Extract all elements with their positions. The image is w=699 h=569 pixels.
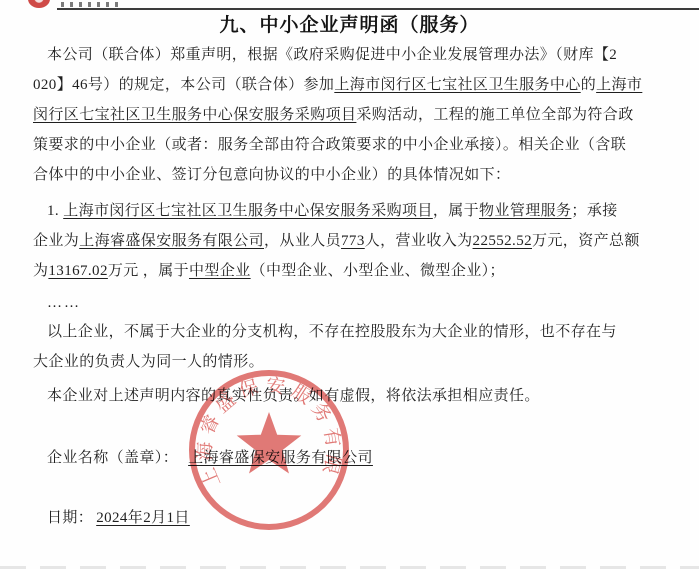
- underlined-text: 22552.52: [473, 233, 532, 249]
- text-line: 合体中的中小企业、签订分包意向协议的中小企业）的具体情况如下：: [33, 160, 683, 190]
- page-title: 九、中小企业声明函（服务）: [0, 10, 699, 37]
- text-segment: 本公司（联合体）郑重声明，根据《政府采购促进中小企业发展管理办法》（财库【2: [47, 47, 617, 63]
- text-segment: 合体中的中小企业、签订分包意向协议的中小企业）的具体情况如下：: [33, 167, 510, 183]
- text-segment: 020】46号）的规定，本公司（联合体）参加: [33, 77, 334, 93]
- cut-off-text-fragment: [61, 2, 121, 7]
- underlined-text: 上海市: [596, 77, 642, 93]
- text-segment: 万元，资产总额: [532, 233, 640, 249]
- text-segment: 采购活动，工程的施工单位全部为符合政: [356, 107, 633, 123]
- document-page: 九、中小企业声明函（服务） 本公司（联合体）郑重声明，根据《政府采购促进中小企业…: [0, 0, 699, 569]
- text-segment: （中型企业、小型企业、微型企业）；: [251, 263, 505, 279]
- document-body: 本公司（联合体）郑重声明，根据《政府采购促进中小企业发展管理办法》（财库【202…: [33, 40, 683, 533]
- underlined-text: 2024年2月1日: [96, 510, 190, 526]
- text-segment: 的: [581, 77, 596, 93]
- text-segment: 大企业的负责人为同一人的情形。: [33, 354, 264, 370]
- underlined-text: 上海市闵行区七宝社区卫生服务中心保安服务采购项目: [63, 203, 433, 219]
- text-segment: 企业为: [33, 233, 79, 249]
- text-line: 020】46号）的规定，本公司（联合体）参加上海市闵行区七宝社区卫生服务中心的上…: [33, 70, 683, 100]
- underlined-text: 中型企业: [189, 263, 251, 279]
- text-segment: 本企业对上述声明内容的真实性负责。如有虚假，将依法承担相应责任。: [47, 388, 540, 404]
- text-line: 为13167.02万元 ，属于中型企业（中型企业、小型企业、微型企业）；: [33, 256, 683, 286]
- text-segment: ……: [47, 295, 81, 311]
- text-line: 闵行区七宝社区卫生服务中心保安服务采购项目采购活动，工程的施工单位全部为符合政: [33, 100, 683, 130]
- text-segment: 1.: [47, 203, 63, 219]
- text-line: ……: [33, 293, 683, 317]
- text-segment: 人，营业收入为: [365, 233, 473, 249]
- text-line: 企业为上海睿盛保安服务有限公司，从业人员773人，营业收入为22552.52万元…: [33, 226, 683, 256]
- text-segment: 策要求的中小企业（或者：服务全部由符合政策要求的中小企业承接）。相关企业（含联: [33, 137, 626, 153]
- text-line: 1. 上海市闵行区七宝社区卫生服务中心保安服务采购项目，属于物业管理服务；承接: [33, 196, 683, 226]
- underlined-text: 物业管理服务: [479, 203, 571, 219]
- text-segment: ，属于: [433, 203, 479, 219]
- text-line: 策要求的中小企业（或者：服务全部由符合政策要求的中小企业承接）。相关企业（含联: [33, 130, 683, 160]
- text-segment: 为: [33, 263, 48, 279]
- text-line: 本公司（联合体）郑重声明，根据《政府采购促进中小企业发展管理办法》（财库【2: [33, 40, 683, 70]
- cut-off-red-stamp-fragment: [28, 0, 50, 8]
- underlined-text: 上海市闵行区七宝社区卫生服务中心: [334, 77, 580, 93]
- underlined-text: 闵行区七宝社区卫生服务中心保安服务采购项目: [33, 107, 356, 123]
- text-segment: ，从业人员: [264, 233, 341, 249]
- underlined-text: 13167.02: [48, 263, 107, 279]
- text-line: 以上企业，不属于大企业的分支机构，不存在控股股东为大企业的情形，也不存在与: [33, 317, 683, 347]
- text-segment: 万元 ，属于: [108, 263, 189, 279]
- underlined-text: 773: [341, 233, 365, 249]
- text-line: 本企业对上述声明内容的真实性负责。如有虚假，将依法承担相应责任。: [33, 381, 683, 411]
- text-line: 企业名称（盖章）：上海睿盛保安服务有限公司: [33, 443, 683, 473]
- text-segment: 以上企业，不属于大企业的分支机构，不存在控股股东为大企业的情形，也不存在与: [47, 324, 617, 340]
- text-line: 大企业的负责人为同一人的情形。: [33, 347, 683, 377]
- text-line: 日期：2024年2月1日: [33, 503, 683, 533]
- text-segment: 日期：: [47, 510, 93, 526]
- text-segment: 企业名称（盖章）：: [47, 450, 178, 466]
- text-segment: ；承接: [571, 203, 617, 219]
- underlined-text: 上海睿盛保安服务有限公司: [79, 233, 264, 249]
- underlined-text: 上海睿盛保安服务有限公司: [188, 450, 373, 466]
